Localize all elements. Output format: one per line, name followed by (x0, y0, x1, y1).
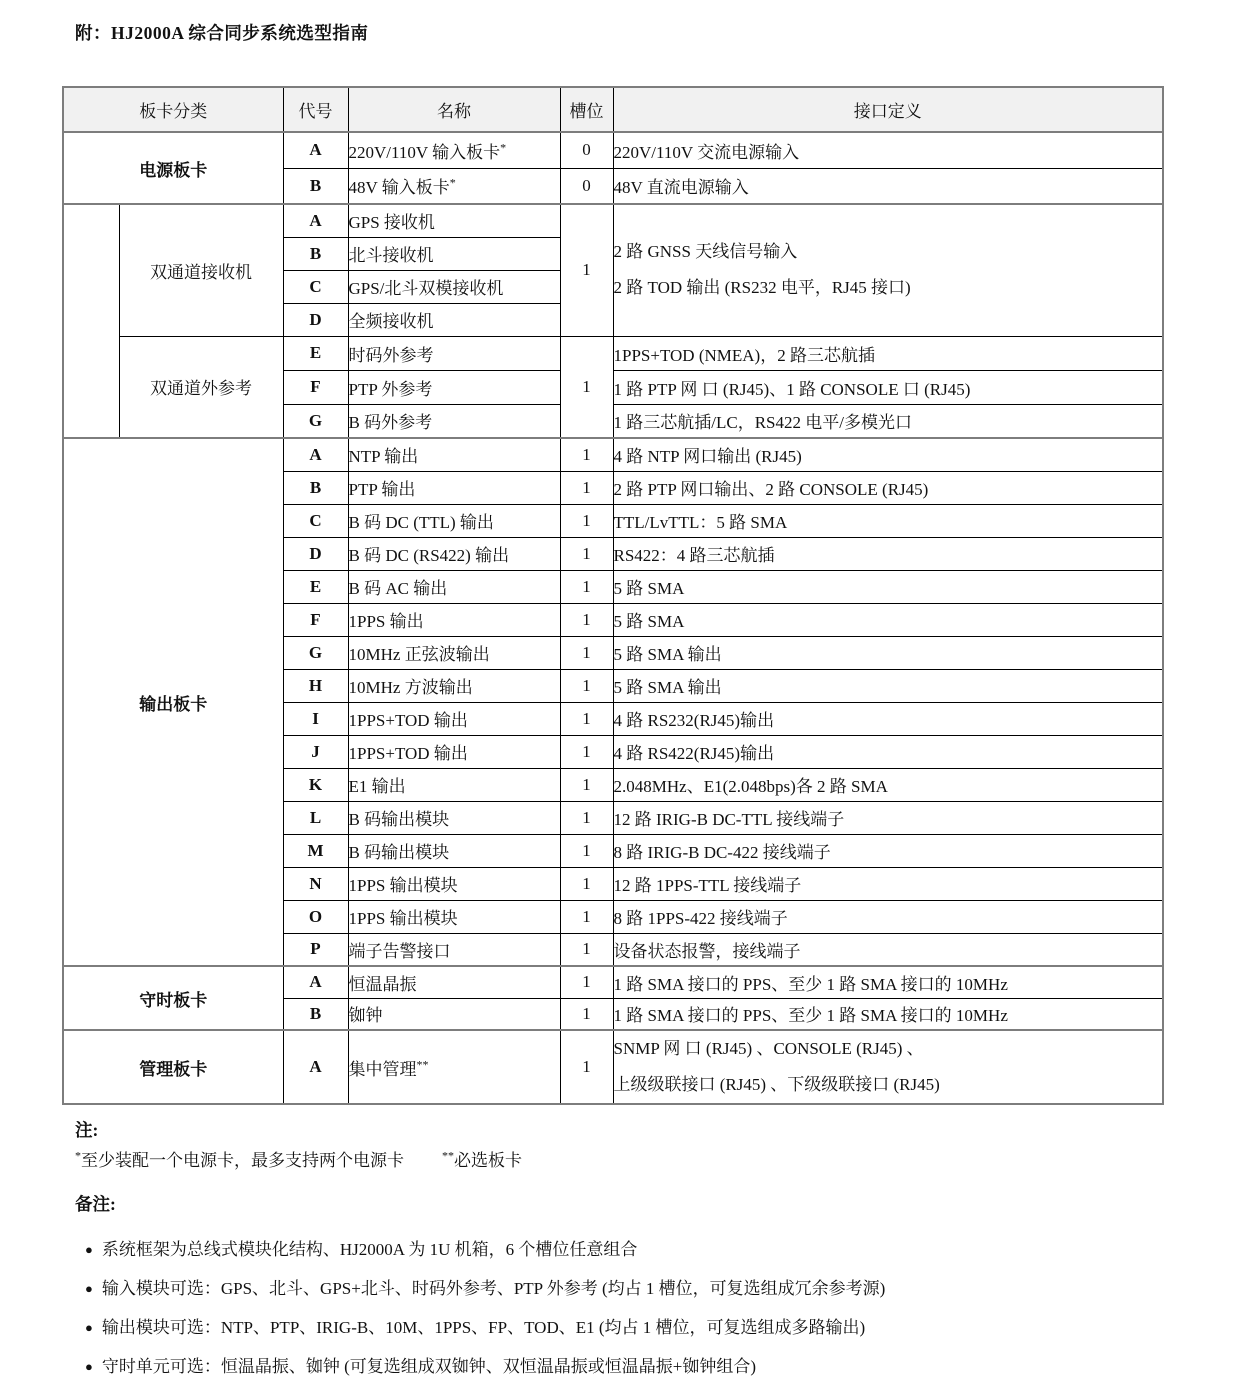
cell-name: B 码输出模块 (348, 834, 560, 867)
cell-name: GPS/北斗双模接收机 (348, 270, 560, 303)
cell-interface: 2.048MHz、E1(2.048bps)各 2 路 SMA (613, 768, 1163, 801)
cell-name: B 码 AC 输出 (348, 570, 560, 603)
category-output: 输出板卡 (63, 438, 283, 966)
document-page: 附：HJ2000A 综合同步系统选型指南 板卡分类 代号 名称 槽位 接口定义 … (0, 0, 1240, 1386)
cell-name: PTP 外参考 (348, 370, 560, 404)
cell-code: C (283, 270, 348, 303)
cell-interface: 8 路 1PPS-422 接线端子 (613, 900, 1163, 933)
cell-slot: 0 (560, 168, 613, 204)
cell-slot: 1 (560, 504, 613, 537)
cell-name: 10MHz 方波输出 (348, 669, 560, 702)
cell-code: B (283, 168, 348, 204)
cell-slot: 1 (560, 336, 613, 438)
cell-name: 端子告警接口 (348, 933, 560, 966)
table-row: 双通道外参考 E 时码外参考 1 1PPS+TOD (NMEA)，2 路三芯航插 (63, 336, 1163, 370)
selection-guide-table: 板卡分类 代号 名称 槽位 接口定义 电源板卡 A 220V/110V 输入板卡… (62, 86, 1164, 1105)
category-receiver: 双通道接收机 (119, 204, 283, 336)
cell-interface: 1PPS+TOD (NMEA)，2 路三芯航插 (613, 336, 1163, 370)
category-management: 管理板卡 (63, 1030, 283, 1104)
header-name: 名称 (348, 87, 560, 132)
list-item: ●输出模块可选：NTP、PTP、IRIG-B、10M、1PPS、FP、TOD、E… (85, 1308, 1180, 1347)
header-slot: 槽位 (560, 87, 613, 132)
cell-slot: 1 (560, 636, 613, 669)
cell-name: B 码外参考 (348, 404, 560, 438)
cell-interface: RS422：4 路三芯航插 (613, 537, 1163, 570)
table-row: 双通道接收机 A GPS 接收机 1 2 路 GNSS 天线信号输入 2 路 T… (63, 204, 1163, 237)
cell-slot: 1 (560, 669, 613, 702)
asterisk-mark: * (450, 176, 456, 190)
cell-name: 全频接收机 (348, 303, 560, 336)
cell-code: B (283, 471, 348, 504)
cell-code: B (283, 237, 348, 270)
table-header-row: 板卡分类 代号 名称 槽位 接口定义 (63, 87, 1163, 132)
cell-code: O (283, 900, 348, 933)
cell-slot: 1 (560, 603, 613, 636)
cell-interface: 220V/110V 交流电源输入 (613, 132, 1163, 168)
cell-slot: 1 (560, 768, 613, 801)
cell-name: 1PPS 输出模块 (348, 867, 560, 900)
cell-interface: 5 路 SMA 输出 (613, 669, 1163, 702)
cell-interface: 4 路 NTP 网口输出 (RJ45) (613, 438, 1163, 471)
cell-code: A (283, 438, 348, 471)
cell-slot: 1 (560, 900, 613, 933)
interface-line: 上级级联接口 (RJ45) 、下级级联接口 (RJ45) (614, 1067, 1163, 1103)
cell-code: J (283, 735, 348, 768)
cell-interface: SNMP 网 口 (RJ45) 、CONSOLE (RJ45) 、 上级级联接口… (613, 1030, 1163, 1104)
cell-name: B 码 DC (TTL) 输出 (348, 504, 560, 537)
cell-name: 1PPS 输出模块 (348, 900, 560, 933)
remark-label: 备注: (75, 1191, 1180, 1216)
cell-code: E (283, 570, 348, 603)
interface-line: 2 路 GNSS 天线信号输入 (614, 234, 1163, 270)
cell-interface: 4 路 RS232(RJ45)输出 (613, 702, 1163, 735)
table-row: 电源板卡 A 220V/110V 输入板卡* 0 220V/110V 交流电源输… (63, 132, 1163, 168)
cell-code: G (283, 404, 348, 438)
cell-interface: 1 路三芯航插/LC，RS422 电平/多模光口 (613, 404, 1163, 438)
cell-slot: 1 (560, 834, 613, 867)
cell-code: L (283, 801, 348, 834)
cell-slot: 0 (560, 132, 613, 168)
cell-interface: 12 路 1PPS-TTL 接线端子 (613, 867, 1163, 900)
interface-line: 2 路 TOD 输出 (RS232 电平，RJ45 接口) (614, 270, 1163, 306)
bullet-icon: ● (85, 1281, 93, 1296)
cell-code: A (283, 204, 348, 237)
cell-interface: 2 路 PTP 网口输出、2 路 CONSOLE (RJ45) (613, 471, 1163, 504)
header-code: 代号 (283, 87, 348, 132)
asterisk-mark: ** (417, 1057, 429, 1071)
bullet-icon: ● (85, 1359, 93, 1374)
cell-code: M (283, 834, 348, 867)
cell-slot: 1 (560, 438, 613, 471)
cell-interface: 1 路 PTP 网 口 (RJ45)、1 路 CONSOLE 口 (RJ45) (613, 370, 1163, 404)
cell-name: PTP 输出 (348, 471, 560, 504)
cell-code: A (283, 132, 348, 168)
header-interface: 接口定义 (613, 87, 1163, 132)
cell-name: 220V/110V 输入板卡* (348, 132, 560, 168)
cell-interface: 5 路 SMA 输出 (613, 636, 1163, 669)
cell-code: F (283, 370, 348, 404)
cell-code: B (283, 998, 348, 1030)
cell-name: 10MHz 正弦波输出 (348, 636, 560, 669)
cell-interface: 8 路 IRIG-B DC-422 接线端子 (613, 834, 1163, 867)
cell-interface: 设备状态报警，接线端子 (613, 933, 1163, 966)
cell-name: 时码外参考 (348, 336, 560, 370)
cell-name: 铷钟 (348, 998, 560, 1030)
list-item: ●系统框架为总线式模块化结构、HJ2000A 为 1U 机箱，6 个槽位任意组合 (85, 1230, 1180, 1269)
cell-code: E (283, 336, 348, 370)
category-ext-ref: 双通道外参考 (119, 336, 283, 438)
cell-interface: 1 路 SMA 接口的 PPS、至少 1 路 SMA 接口的 10MHz (613, 966, 1163, 998)
cell-interface: 2 路 GNSS 天线信号输入 2 路 TOD 输出 (RS232 电平，RJ4… (613, 204, 1163, 336)
cell-interface: 5 路 SMA (613, 603, 1163, 636)
list-item: ●守时单元可选：恒温晶振、铷钟 (可复选组成双铷钟、双恒温晶振或恒温晶振+铷钟组… (85, 1347, 1180, 1386)
cell-interface: 4 路 RS422(RJ45)输出 (613, 735, 1163, 768)
cell-code: K (283, 768, 348, 801)
cell-name: 1PPS+TOD 输出 (348, 702, 560, 735)
cell-name: B 码 DC (RS422) 输出 (348, 537, 560, 570)
asterisk-mark: * (500, 140, 506, 154)
cell-name: 48V 输入板卡* (348, 168, 560, 204)
cell-interface: 5 路 SMA (613, 570, 1163, 603)
table-row: 守时板卡 A 恒温晶振 1 1 路 SMA 接口的 PPS、至少 1 路 SMA… (63, 966, 1163, 998)
cell-name: 恒温晶振 (348, 966, 560, 998)
cell-slot: 1 (560, 998, 613, 1030)
notes-section: 注: *至少装配一个电源卡，最多支持两个电源卡**必选板卡 备注: ●系统框架为… (75, 1117, 1180, 1386)
cell-slot: 1 (560, 471, 613, 504)
cell-slot: 1 (560, 933, 613, 966)
table-row: 管理板卡 A 集中管理** 1 SNMP 网 口 (RJ45) 、CONSOLE… (63, 1030, 1163, 1104)
cell-interface: TTL/LvTTL：5 路 SMA (613, 504, 1163, 537)
cell-interface: 1 路 SMA 接口的 PPS、至少 1 路 SMA 接口的 10MHz (613, 998, 1163, 1030)
cell-name: NTP 输出 (348, 438, 560, 471)
cell-slot: 1 (560, 735, 613, 768)
bullet-icon: ● (85, 1242, 93, 1257)
cell-code: N (283, 867, 348, 900)
cell-slot: 1 (560, 1030, 613, 1104)
cell-code: I (283, 702, 348, 735)
list-item: ●输入模块可选：GPS、北斗、GPS+北斗、时码外参考、PTP 外参考 (均占 … (85, 1269, 1180, 1308)
cell-name: B 码输出模块 (348, 801, 560, 834)
table-row: 输出板卡 A NTP 输出 1 4 路 NTP 网口输出 (RJ45) (63, 438, 1163, 471)
cell-name: 北斗接收机 (348, 237, 560, 270)
page-title: 附：HJ2000A 综合同步系统选型指南 (75, 20, 1180, 45)
cell-slot: 1 (560, 570, 613, 603)
cell-slot: 1 (560, 702, 613, 735)
cell-code: A (283, 1030, 348, 1104)
cell-slot: 1 (560, 537, 613, 570)
category-power: 电源板卡 (63, 132, 283, 204)
cell-interface: 12 路 IRIG-B DC-TTL 接线端子 (613, 801, 1163, 834)
cell-slot: 1 (560, 801, 613, 834)
cell-slot: 1 (560, 966, 613, 998)
cell-code: H (283, 669, 348, 702)
cell-code: G (283, 636, 348, 669)
category-spacer (63, 204, 119, 438)
cell-code: C (283, 504, 348, 537)
asterisk-mark: ** (442, 1148, 454, 1162)
cell-name: 1PPS 输出 (348, 603, 560, 636)
cell-slot: 1 (560, 867, 613, 900)
cell-name: 1PPS+TOD 输出 (348, 735, 560, 768)
note-line: *至少装配一个电源卡，最多支持两个电源卡**必选板卡 (75, 1146, 1180, 1171)
bullet-icon: ● (85, 1320, 93, 1335)
cell-code: F (283, 603, 348, 636)
cell-interface: 48V 直流电源输入 (613, 168, 1163, 204)
cell-code: D (283, 537, 348, 570)
category-timekeeping: 守时板卡 (63, 966, 283, 1030)
header-category: 板卡分类 (63, 87, 283, 132)
cell-slot: 1 (560, 204, 613, 336)
cell-code: D (283, 303, 348, 336)
cell-name: 集中管理** (348, 1030, 560, 1104)
interface-line: SNMP 网 口 (RJ45) 、CONSOLE (RJ45) 、 (614, 1031, 1163, 1067)
cell-code: A (283, 966, 348, 998)
note-label: 注: (75, 1117, 1180, 1142)
cell-name: GPS 接收机 (348, 204, 560, 237)
cell-name: E1 输出 (348, 768, 560, 801)
cell-code: P (283, 933, 348, 966)
